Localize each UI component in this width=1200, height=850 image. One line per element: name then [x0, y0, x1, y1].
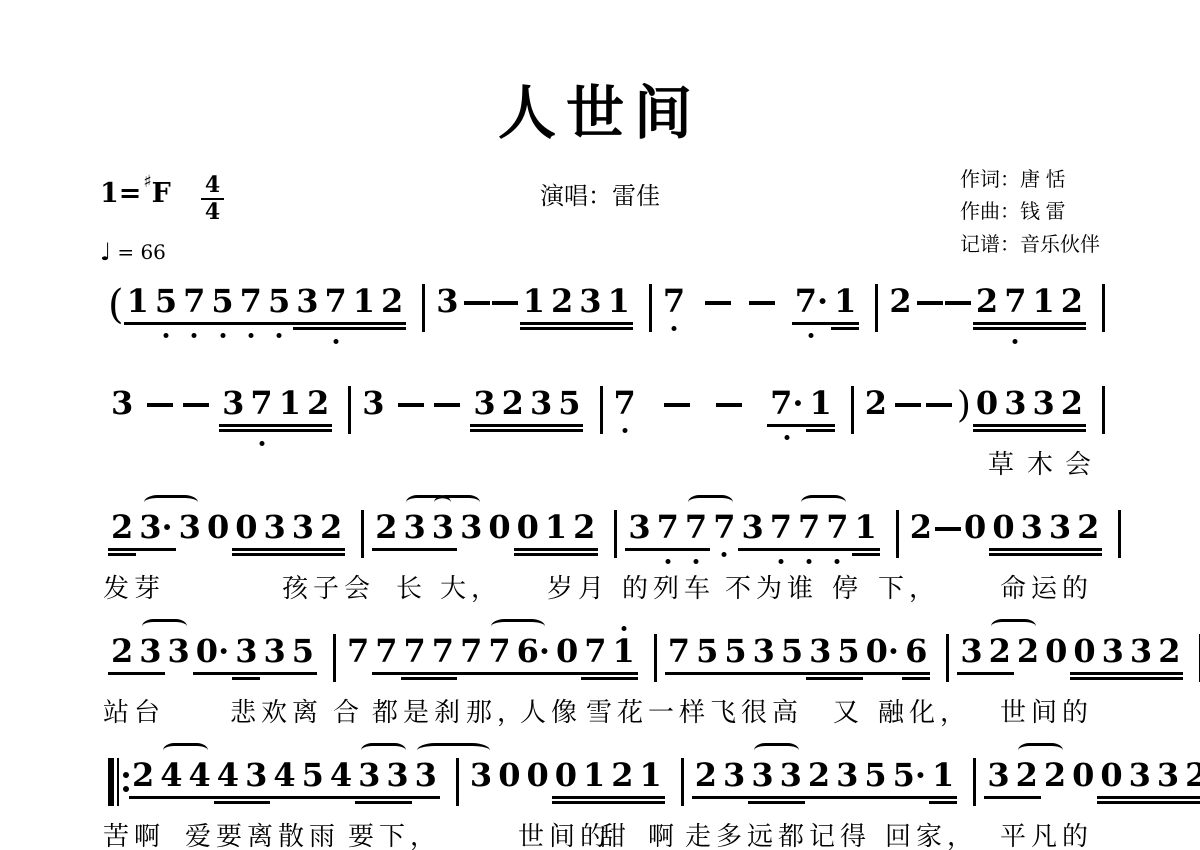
note: 4	[157, 758, 185, 799]
note: 2	[907, 510, 935, 548]
note: 1	[806, 386, 834, 427]
note: 3	[467, 758, 495, 796]
note: 4	[270, 758, 298, 799]
note: 7·	[792, 284, 831, 325]
note-number: 0	[553, 634, 581, 675]
beam-group: 53	[721, 634, 778, 675]
note: 2	[372, 510, 400, 551]
note-number: 2	[608, 758, 636, 799]
note: 2	[1013, 758, 1041, 799]
note-number: 2	[1058, 386, 1086, 427]
note: 3	[433, 284, 461, 322]
beam-group: )0332	[957, 386, 1086, 427]
slur-arc	[144, 495, 198, 510]
note-number: 3	[833, 758, 861, 799]
note: 5	[693, 634, 721, 675]
note: 7	[401, 634, 429, 675]
note: 0	[485, 510, 513, 548]
beam-group: 24	[129, 758, 186, 799]
note-number: 7	[401, 634, 429, 675]
measure: 33235	[351, 386, 599, 427]
note: 2	[1058, 386, 1086, 427]
measure: 23·300332	[100, 510, 361, 551]
note: 4	[186, 758, 214, 799]
note: 1	[1029, 284, 1057, 325]
note-number: 2	[129, 758, 157, 799]
slur-arc	[163, 743, 208, 758]
note: 7	[611, 386, 639, 424]
note-number: 3·	[136, 510, 175, 551]
dash-hold	[945, 301, 971, 305]
note: 2	[108, 510, 136, 551]
note-number: 3	[136, 634, 164, 675]
beam-group: 3712	[219, 386, 332, 427]
note: 3	[527, 386, 555, 427]
note: 5	[289, 634, 317, 675]
note: 7	[795, 510, 823, 551]
note-number: 3	[1127, 634, 1155, 675]
note: 0	[1070, 634, 1098, 675]
note: 3	[576, 284, 604, 325]
sharp-icon: ♯	[143, 174, 151, 191]
beam-group: 0121	[552, 758, 665, 799]
note: 2	[973, 284, 1001, 325]
note: 1	[929, 758, 957, 799]
beam-group: 0·6	[863, 634, 931, 675]
note-number: 3	[777, 758, 805, 799]
octave-dot-low	[807, 559, 812, 564]
lyric: 苦啊	[103, 816, 165, 850]
dash-hold	[935, 527, 961, 531]
lyric: 都是刹	[372, 692, 465, 729]
note: 2	[1074, 510, 1102, 551]
note: 0	[1042, 634, 1070, 672]
note-number: 5	[289, 634, 317, 675]
beam-group: 75	[180, 284, 237, 325]
repeat-start-sign	[108, 758, 129, 806]
note-number: 3	[108, 386, 136, 424]
measure: 3000121	[459, 758, 681, 799]
note: 3	[833, 758, 861, 799]
beam-group: 23·	[108, 510, 176, 551]
measure: 7777776·071	[336, 634, 654, 675]
note: 0	[204, 510, 232, 548]
dash-hold	[917, 301, 943, 305]
note-number: 5	[778, 634, 806, 675]
note-number: 0	[1097, 758, 1125, 799]
tempo-marking: ♩ = 66	[100, 240, 224, 264]
note: 1	[276, 386, 304, 427]
note-number: 1	[520, 284, 548, 325]
note: 2	[548, 284, 576, 325]
note: 2	[378, 284, 406, 325]
note-number: 2	[805, 758, 833, 799]
dash-hold	[716, 403, 742, 407]
note-number: 3	[470, 386, 498, 427]
note-number: 2	[973, 284, 1001, 325]
dash-hold	[705, 301, 731, 305]
lyrics-row: 发芽孩子会长大，岁月的列车不为谁停下，命运的	[100, 568, 1105, 602]
note-number: 7·	[792, 284, 831, 325]
system: 24443454333300012123332355·132200332苦啊爱要…	[100, 738, 1105, 850]
octave-dot-low	[665, 559, 670, 564]
note: 7	[372, 634, 400, 675]
tempo-value: = 66	[117, 240, 166, 264]
beam-group: 35	[260, 634, 317, 675]
note-number: 7	[795, 510, 823, 551]
octave-dot-low	[164, 333, 169, 338]
notes-row: 2330·3357777776·07175535350·632200332	[100, 614, 1105, 682]
note-number: 0	[514, 510, 542, 551]
note-number: 1	[276, 386, 304, 427]
note: 0	[552, 758, 580, 799]
measure: 77·1	[603, 386, 851, 427]
note: 3	[289, 510, 317, 551]
beam-group: 76·	[485, 634, 553, 675]
note-number: 5	[555, 386, 583, 427]
note-number: 2	[1013, 758, 1041, 799]
note-number: 4	[186, 758, 214, 799]
lyric: 又	[833, 692, 864, 729]
beam-group: 535	[778, 634, 863, 675]
slur-arc	[417, 743, 489, 758]
system: (15757537123123177·122712	[100, 278, 1105, 332]
note: 1	[637, 758, 665, 799]
lyric: 世间的	[518, 816, 611, 850]
slur-arc	[801, 495, 846, 510]
note: 3	[383, 758, 411, 799]
measure: 31231	[425, 284, 649, 325]
note: 3	[750, 634, 778, 675]
note: 7	[654, 510, 682, 551]
note-number: 0	[1069, 758, 1097, 796]
note-number: 3	[289, 510, 317, 551]
lyric: 平凡的	[1000, 816, 1093, 850]
octave-dot-low	[778, 559, 783, 564]
note-number: 7	[767, 510, 795, 551]
note-number: 1	[637, 758, 665, 799]
slur-arc	[434, 495, 479, 510]
note: 0	[989, 510, 1017, 551]
note-number: 3	[457, 510, 485, 548]
note: 0·	[863, 634, 902, 675]
note-number: 3	[1018, 510, 1046, 551]
note-number: 2	[986, 634, 1014, 675]
composer-credit: 作曲：钱 雷	[960, 196, 1100, 228]
lyric: 发芽	[103, 568, 165, 605]
note: 0	[1069, 758, 1097, 796]
lyric: 走多远都记得	[685, 816, 871, 850]
note: 3	[738, 510, 766, 551]
note-number: 5	[693, 634, 721, 675]
note-number: 0	[1042, 634, 1070, 672]
note-number: 3	[527, 386, 555, 427]
octave-dot-low	[192, 333, 197, 338]
lyric: 命运的	[1000, 568, 1093, 605]
note: 2	[317, 510, 345, 551]
note: 2	[570, 510, 598, 551]
measure: 77·1	[652, 284, 876, 325]
note-number: 0·	[863, 634, 902, 675]
dash-hold	[926, 403, 952, 407]
note: 3	[359, 386, 387, 424]
credits-block: 作词：唐 恬 作曲：钱 雷 记谱：音乐伙伴	[960, 164, 1100, 261]
note-number: 2	[108, 510, 136, 551]
note: 1	[605, 284, 633, 325]
beam-group: 3712	[293, 284, 406, 325]
note: 3	[1127, 634, 1155, 675]
sheet-header: 演唱：雷佳 作词：唐 恬 作曲：钱 雷 记谱：音乐伙伴 1=♯F 4 4 ♩ =…	[0, 142, 1200, 262]
beam-group: 2712	[973, 284, 1086, 325]
note: 0	[553, 634, 581, 675]
note-number: 3	[750, 634, 778, 675]
note-number: 7	[485, 634, 513, 675]
lyric: 岁月	[547, 568, 609, 605]
notes-row: 23·30033223330012377737771200332	[100, 490, 1105, 558]
note-number: 0	[973, 386, 1001, 427]
slur-arc	[491, 619, 545, 634]
note: 7·	[767, 386, 806, 427]
measure: 32200332	[949, 634, 1199, 675]
dash-hold	[147, 403, 173, 407]
note-number: 2	[1014, 634, 1042, 672]
note: 3	[165, 634, 193, 672]
note: 7	[710, 510, 738, 548]
note-number: 2	[886, 284, 914, 322]
note: 2	[1182, 758, 1200, 799]
parenthesis: )	[957, 386, 971, 426]
note: 3	[355, 758, 383, 799]
measure: 33712	[100, 386, 348, 427]
transcriber-credit: 记谱：音乐伙伴	[960, 229, 1100, 261]
note-number: 1	[852, 510, 880, 551]
note: 2	[1041, 758, 1069, 796]
note-number: 0·	[193, 634, 232, 675]
beam-group: 45	[270, 758, 327, 799]
lyric: 要下，	[348, 816, 441, 850]
note: 2	[692, 758, 720, 799]
octave-dot-low	[722, 552, 727, 557]
slur-arc	[1018, 743, 1063, 758]
note: 3	[1126, 758, 1154, 799]
note: 0	[523, 758, 551, 796]
note: 3	[401, 510, 429, 551]
note-number: 1	[929, 758, 957, 799]
note: 3	[219, 386, 247, 427]
lyric: 会	[1065, 444, 1096, 481]
notes-row: 337123323577·12)0332	[100, 366, 1105, 434]
note: 7	[823, 510, 851, 551]
note: 4	[327, 758, 355, 799]
note: 3	[429, 510, 457, 551]
key-letter: F	[152, 180, 171, 207]
note-number: 2	[1155, 634, 1183, 675]
note-number: 4	[327, 758, 355, 799]
note-number: 2	[570, 510, 598, 551]
note-number: 3	[355, 758, 383, 799]
note-number: 2	[378, 284, 406, 325]
note-number: 3	[1154, 758, 1182, 799]
note-number: 3	[359, 386, 387, 424]
measure: 2330·335	[100, 634, 333, 675]
beam-group: 15	[124, 284, 181, 325]
note-number: 1	[350, 284, 378, 325]
beam-group: 75	[237, 284, 294, 325]
note-number: 2	[317, 510, 345, 551]
note-number: 2	[862, 386, 890, 424]
lyric: 融化，	[878, 692, 971, 729]
lyric: 合	[333, 692, 364, 729]
note: 0	[495, 758, 523, 796]
note-number: 7	[660, 284, 688, 322]
slur-arc	[361, 743, 406, 758]
measure: 23330012	[364, 510, 614, 551]
measure: 2)0332	[854, 386, 1102, 427]
note-number: 7	[457, 634, 485, 675]
note: 2	[608, 758, 636, 799]
note-number: 3	[176, 510, 204, 548]
note-number: 3	[748, 758, 776, 799]
note: 7	[180, 284, 208, 325]
lyric: 甜	[600, 816, 631, 850]
note: 3	[984, 758, 1012, 799]
note: 0·	[193, 634, 232, 675]
note: 3	[720, 758, 748, 799]
note-number: 3	[383, 758, 411, 799]
note: 3	[260, 634, 288, 675]
note-number: 3	[293, 284, 321, 325]
barline	[1102, 386, 1105, 434]
beam-group: 0332	[1070, 634, 1183, 675]
measure: (1575753712	[100, 284, 422, 326]
note-number: 5	[834, 634, 862, 675]
note: 2	[108, 634, 136, 675]
lyrics-row: 草木会	[100, 444, 1105, 478]
lyric: 站台	[103, 692, 165, 729]
octave-dot-low	[671, 326, 676, 331]
note-number: 7	[429, 634, 457, 675]
note-number: 7	[710, 510, 738, 548]
note: 5	[721, 634, 749, 675]
beam-group: 7·1	[767, 386, 835, 427]
note: 1	[852, 510, 880, 551]
beam-group: 0332	[1097, 758, 1200, 799]
lyrics-row: 苦啊爱要离散雨要下，世间的甜啊走多远都记得回家，平凡的	[100, 816, 1105, 850]
parenthesis: (	[108, 284, 124, 326]
note-number: 0	[232, 510, 260, 551]
note-number: 2	[108, 634, 136, 675]
note: 2	[986, 634, 1014, 675]
note: 7	[247, 386, 275, 427]
barline	[1118, 510, 1121, 558]
note: 3	[625, 510, 653, 551]
note: 1	[124, 284, 152, 325]
octave-dot-low	[333, 339, 338, 344]
system: 2330·3357777776·07175535350·632200332站台悲…	[100, 614, 1105, 726]
beam-group: 23	[692, 758, 749, 799]
note-number: 3	[1099, 634, 1127, 675]
note-number: 2	[1041, 758, 1069, 796]
note-number: 2	[372, 510, 400, 551]
note-number: 3	[1029, 386, 1057, 427]
note: 7	[429, 634, 457, 675]
notes-row: (15757537123123177·122712	[100, 278, 1105, 332]
lyric: 的列车	[622, 568, 715, 605]
score: (15757537123123177·122712337123323577·12…	[100, 278, 1105, 850]
beam-group: 332	[748, 758, 833, 799]
note: 6·	[514, 634, 553, 675]
note: 2	[862, 386, 890, 424]
note-number: 5	[861, 758, 889, 799]
note: 3	[1099, 634, 1127, 675]
time-signature: 4 4	[201, 174, 224, 224]
note-number: 1	[124, 284, 152, 325]
octave-dot-low	[784, 435, 789, 440]
note-number: 5	[208, 284, 236, 325]
note-number: 3	[401, 510, 429, 551]
lyric: 不为谁	[725, 568, 818, 605]
note: 5·	[890, 758, 929, 799]
note-number: 3	[576, 284, 604, 325]
note: 1	[580, 758, 608, 799]
dash-hold	[434, 403, 460, 407]
note: 5	[555, 386, 583, 427]
note-number: 4	[157, 758, 185, 799]
note: 3	[1029, 386, 1057, 427]
note: 3	[1001, 386, 1029, 427]
quarter-note-icon: ♩	[100, 240, 111, 264]
note: 3	[108, 386, 136, 424]
note: 3	[1018, 510, 1046, 551]
measure: 75535350·6	[657, 634, 947, 675]
lyrics-row: 站台悲欢离合都是刹那，人像雪花一样飞很高又融化，世间的	[100, 692, 1105, 726]
key-prefix: 1=	[100, 180, 141, 207]
beam-group: 35	[833, 758, 890, 799]
note-number: 3	[232, 634, 260, 675]
note-number: 3	[1126, 758, 1154, 799]
beam-group: 75	[665, 634, 722, 675]
note-number: 2	[548, 284, 576, 325]
note-number: 3	[467, 758, 495, 796]
note: 4	[214, 758, 242, 799]
note: 3	[176, 510, 204, 548]
beam-group: 7·1	[792, 284, 860, 325]
note: 7	[237, 284, 265, 325]
note: 7	[457, 634, 485, 675]
note: 3	[1046, 510, 1074, 551]
note-number: 7	[372, 634, 400, 675]
dash-hold	[749, 301, 775, 305]
note: 7	[581, 634, 609, 675]
note-number: 2	[1058, 284, 1086, 325]
note: 1	[542, 510, 570, 551]
beam-group: 23	[108, 634, 165, 675]
notes-row: 24443454333300012123332355·132200332	[100, 738, 1105, 806]
note-number: 4	[214, 758, 242, 799]
note-number: 3	[720, 758, 748, 799]
note: 5	[861, 758, 889, 799]
note-number: 0	[523, 758, 551, 796]
note-number: 0	[961, 510, 989, 548]
note-number: 2	[1182, 758, 1200, 799]
note-number: 6	[902, 634, 930, 675]
note-number: 3	[429, 510, 457, 551]
slur-arc	[754, 743, 799, 758]
lyric: 大，	[440, 568, 502, 605]
measure: 200332	[899, 510, 1119, 551]
octave-dot-low	[1013, 339, 1018, 344]
note-number: 3	[1046, 510, 1074, 551]
